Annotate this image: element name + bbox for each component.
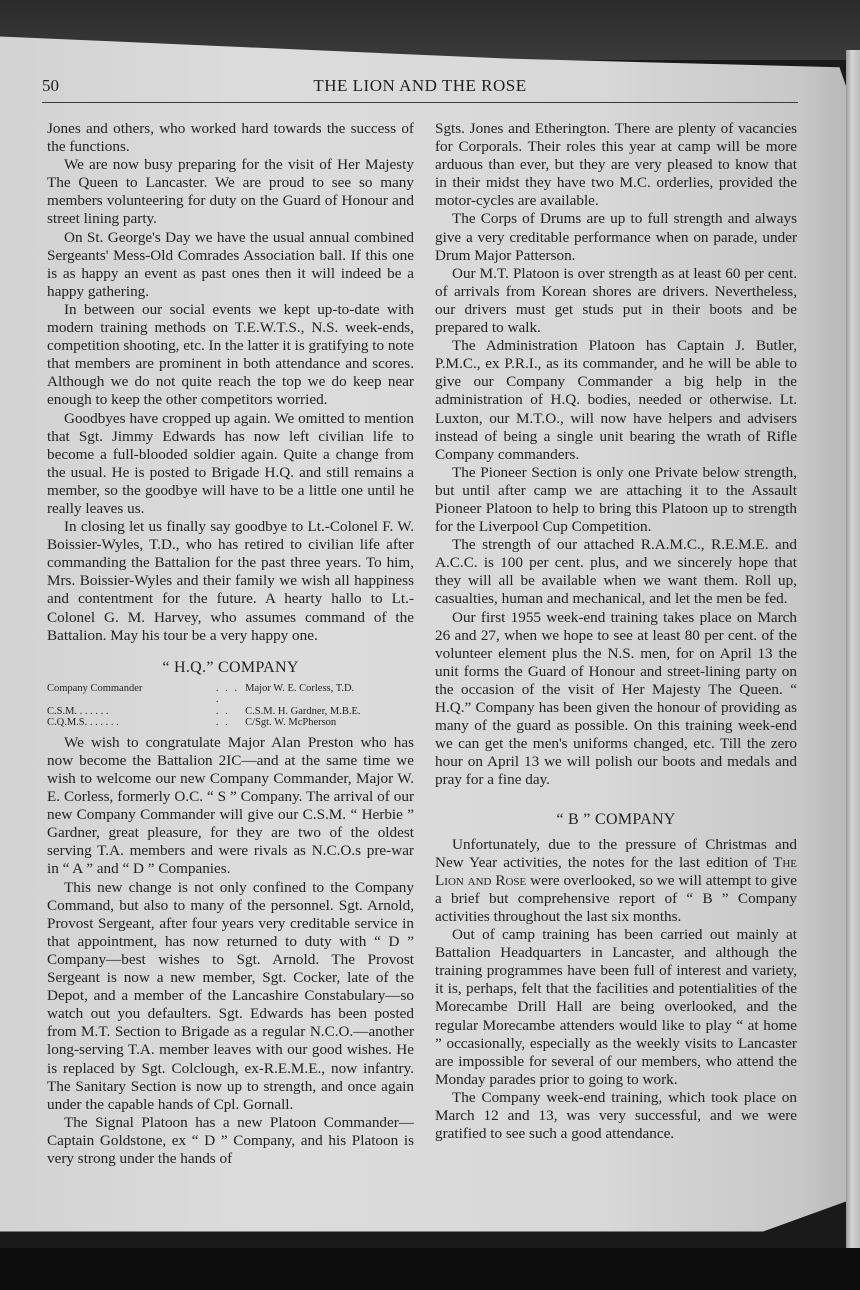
section-heading-hq-company: “ H.Q.” COMPANY: [47, 659, 414, 677]
paragraph: The Administration Platoon has Captain J…: [435, 337, 797, 464]
staff-role: Company Commander: [47, 683, 216, 706]
page-header: 50 THE LION AND THE ROSE: [42, 76, 798, 103]
leader-dots: . .: [216, 706, 245, 718]
leader-dots: . .: [216, 717, 245, 729]
paragraph: Sgts. Jones and Etherington. There are p…: [435, 120, 797, 210]
staff-role: C.Q.M.S. . . . . . .: [47, 717, 216, 729]
hq-staff-table: Company Commander . . . . Major W. E. Co…: [47, 683, 414, 729]
paragraph: Jones and others, who worked hard toward…: [47, 120, 414, 156]
left-column: Jones and others, who worked hard toward…: [47, 120, 414, 1168]
paragraph: This new change is not only confined to …: [47, 879, 414, 1114]
staff-row: C.S.M. . . . . . . . . C.S.M. H. Gardner…: [47, 706, 414, 718]
section-heading-b-company: “ B ” COMPANY: [435, 811, 797, 829]
paragraph: Our M.T. Platoon is over strength as at …: [435, 265, 797, 337]
right-column: Sgts. Jones and Etherington. There are p…: [435, 120, 797, 1143]
paragraph: In between our social events we kept up-…: [47, 301, 414, 410]
staff-name: C.S.M. H. Gardner, M.B.E.: [245, 706, 414, 718]
paragraph: We wish to congratulate Major Alan Prest…: [47, 734, 414, 879]
running-title: THE LION AND THE ROSE: [42, 76, 798, 96]
paragraph: The Corps of Drums are up to full streng…: [435, 210, 797, 264]
staff-role: C.S.M. . . . . . .: [47, 706, 216, 718]
paragraph: In closing let us finally say goodbye to…: [47, 518, 414, 645]
leader-dots: . . . .: [216, 683, 245, 706]
paragraph: The Company week-end training, which too…: [435, 1089, 797, 1143]
staff-row: C.Q.M.S. . . . . . . . . C/Sgt. W. McPhe…: [47, 717, 414, 729]
staff-row: Company Commander . . . . Major W. E. Co…: [47, 683, 414, 706]
scan-backdrop-bottom: [0, 1248, 860, 1290]
staff-name: Major W. E. Corless, T.D.: [245, 683, 414, 706]
staff-name: C/Sgt. W. McPherson: [245, 717, 414, 729]
paragraph: On St. George's Day we have the usual an…: [47, 229, 414, 301]
paragraph: The strength of our attached R.A.M.C., R…: [435, 536, 797, 608]
paragraph: Out of camp training has been carried ou…: [435, 926, 797, 1089]
paragraph: Unfortunately, due to the pressure of Ch…: [435, 836, 797, 926]
page-edge-shadow: [846, 50, 860, 1250]
paragraph: The Signal Platoon has a new Platoon Com…: [47, 1114, 414, 1168]
paragraph: Goodbyes have cropped up again. We omitt…: [47, 410, 414, 519]
paragraph: We are now busy preparing for the visit …: [47, 156, 414, 228]
text-run: Unfortunately, due to the pressure of Ch…: [435, 836, 797, 871]
paragraph: The Pioneer Section is only one Private …: [435, 464, 797, 536]
paragraph: Our first 1955 week-end training takes p…: [435, 609, 797, 790]
